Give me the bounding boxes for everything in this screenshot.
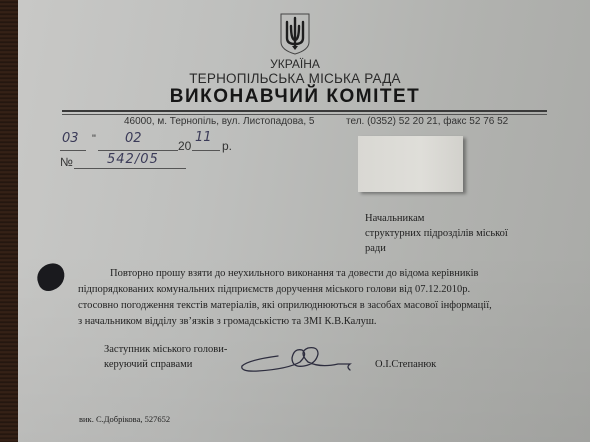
addressee-line-2: структурних підрозділів міської <box>365 228 508 239</box>
addressee-line-3: ради <box>365 243 386 254</box>
letterhead-address: 46000, м. Тернопіль, вул. Листопадова, 5 <box>124 116 314 127</box>
number-label: № <box>60 155 73 169</box>
body-line-2: підпорядкованих комунальних підприємств … <box>78 284 470 295</box>
date-day: 03 <box>62 131 79 146</box>
signatory-position-line-1: Заступник міського голови- <box>104 344 227 355</box>
handwritten-signature <box>238 342 358 374</box>
executor-note: вик. С.Добрікова, 527652 <box>79 414 170 424</box>
date-month-line <box>98 150 178 151</box>
addressee-line-1: Начальникам <box>365 213 424 224</box>
number-line <box>74 168 186 169</box>
letterhead-rule-thick <box>62 110 547 112</box>
council-heading: ТЕРНОПІЛЬСЬКА МІСЬКА РАДА <box>0 71 590 86</box>
date-month: 02 <box>125 131 142 146</box>
document-number: 542/05 <box>107 152 159 167</box>
executive-committee-heading: ВИКОНАВЧИЙ КОМІТЕТ <box>0 86 590 108</box>
body-line-4: з начальником відділу зв’язків з громадс… <box>78 316 377 327</box>
date-quote-mark: " <box>92 133 96 145</box>
country-heading: УКРАЇНА <box>0 57 590 71</box>
signatory-position-line-2: керуючий справами <box>104 359 192 370</box>
date-year-unit: р. <box>222 139 232 153</box>
date-year-suffix: 11 <box>195 130 212 145</box>
body-line-3: стосовно погодження текстів матеріалів, … <box>78 300 492 311</box>
date-year-line <box>192 150 220 151</box>
date-day-line <box>60 150 86 151</box>
letterhead-phone: тел. (0352) 52 20 21, факс 52 76 52 <box>346 116 508 127</box>
signatory-name: О.І.Степанюк <box>375 359 436 370</box>
letterhead-rule-thin <box>62 114 547 115</box>
date-year-prefix: 20 <box>178 139 191 153</box>
body-line-1: Повторно прошу взяти до неухильного вико… <box>110 268 478 279</box>
blank-sticker <box>358 136 463 192</box>
trident-coat-of-arms-icon <box>279 12 311 56</box>
